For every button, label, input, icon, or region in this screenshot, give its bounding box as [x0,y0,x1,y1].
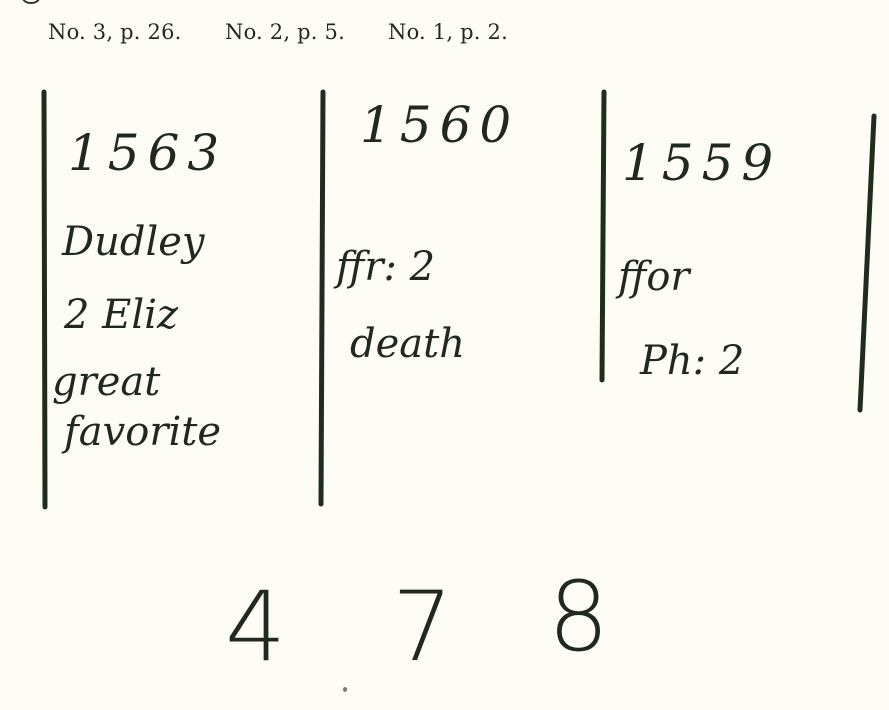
column-rule-2 [602,92,604,380]
col1-line3: great [52,359,161,405]
col1-line4: favorite [61,409,221,455]
footer-number-3: 8 [548,561,609,673]
column-rule-1 [321,92,323,504]
col1-year: 1563 [68,124,227,182]
footer-number-1: 4 [225,571,286,683]
col1-line2: 2 Eliz [63,292,179,338]
col2-line1: ffr: 2 [333,244,435,290]
handwritten-table: 1563 Dudley 2 Eliz great favorite 1560 f… [0,0,889,710]
col3-line1: ffor [615,254,692,300]
column-rule-left [44,92,45,507]
footer-number-2: 7 [392,571,453,683]
stray-dot [343,687,347,692]
col3-line2: Ph: 2 [639,338,744,384]
column-rule-right [860,116,874,410]
col2-year: 1560 [360,96,519,154]
col1-line1: Dudley [61,219,206,265]
col2-line2: death [350,321,465,367]
col3-year: 1559 [622,134,781,192]
